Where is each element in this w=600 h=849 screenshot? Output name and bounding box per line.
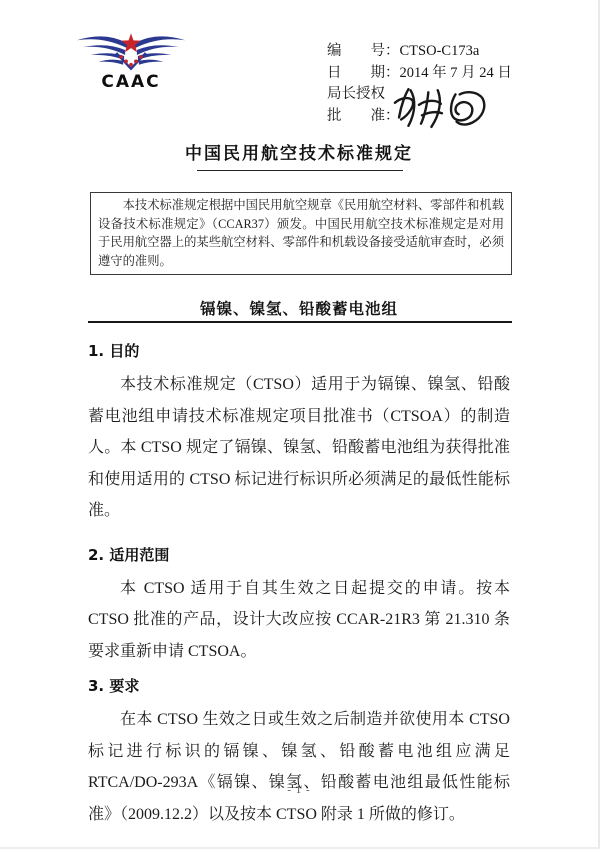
document-title: 中国民用航空技术标准规定 <box>0 139 598 164</box>
section-3-heading: 3. 要求 <box>88 671 510 702</box>
notice-text: 本技术标准规定根据中国民用航空规章《民用航空材料、零部件和机载设备技术标准规定》… <box>98 196 504 270</box>
section-3-body: 在本 CTSO 生效之日或生效之后制造并欲使用本 CTSO 标记进行标识的镉镍、… <box>88 704 510 830</box>
subject-heading: 镉镍、镍氢、铅酸蓄电池组 <box>0 297 598 319</box>
approval-signature-icon <box>391 85 497 131</box>
doc-number-label: 编 号： <box>327 43 400 59</box>
star-icon <box>121 33 140 52</box>
caac-logo-text: CAAC <box>72 72 190 92</box>
approval-block: 编 号：CTSO-C173a 日 期：2014 年 7 月 24 日 局长授权 … <box>327 41 577 127</box>
document-body: 1. 目的 本技术标准规定（CTSO）适用于为镉镍、镍氢、铅酸蓄电池组申请技术标… <box>0 323 598 830</box>
notice-box: 本技术标准规定根据中国民用航空规章《民用航空材料、零部件和机载设备技术标准规定》… <box>90 192 512 275</box>
doc-date-row: 日 期：2014 年 7 月 24 日 <box>327 63 577 85</box>
section-1-body: 本技术标准规定（CTSO）适用于为镉镍、镍氢、铅酸蓄电池组申请技术标准规定项目批… <box>88 369 510 527</box>
section-2-body: 本 CTSO 适用于自其生效之日起提交的申请。按本 CTSO 批准的产品，设计大… <box>88 573 510 668</box>
document-page: CAAC 编 号：CTSO-C173a 日 期：2014 年 7 月 24 日 … <box>0 0 600 849</box>
doc-number-row: 编 号：CTSO-C173a <box>327 41 577 63</box>
approval-label: 批 准： <box>327 108 400 124</box>
section-1-heading: 1. 目的 <box>88 336 510 367</box>
caac-logo: CAAC <box>72 31 190 92</box>
doc-date-label: 日 期： <box>327 65 400 81</box>
page-number: - 1 - <box>0 784 598 796</box>
title-underline <box>197 170 403 171</box>
caac-wings-icon <box>72 31 190 75</box>
section-2-heading: 2. 适用范围 <box>88 540 510 571</box>
doc-number-value: CTSO-C173a <box>400 43 480 59</box>
doc-date-value: 2014 年 7 月 24 日 <box>400 65 512 81</box>
